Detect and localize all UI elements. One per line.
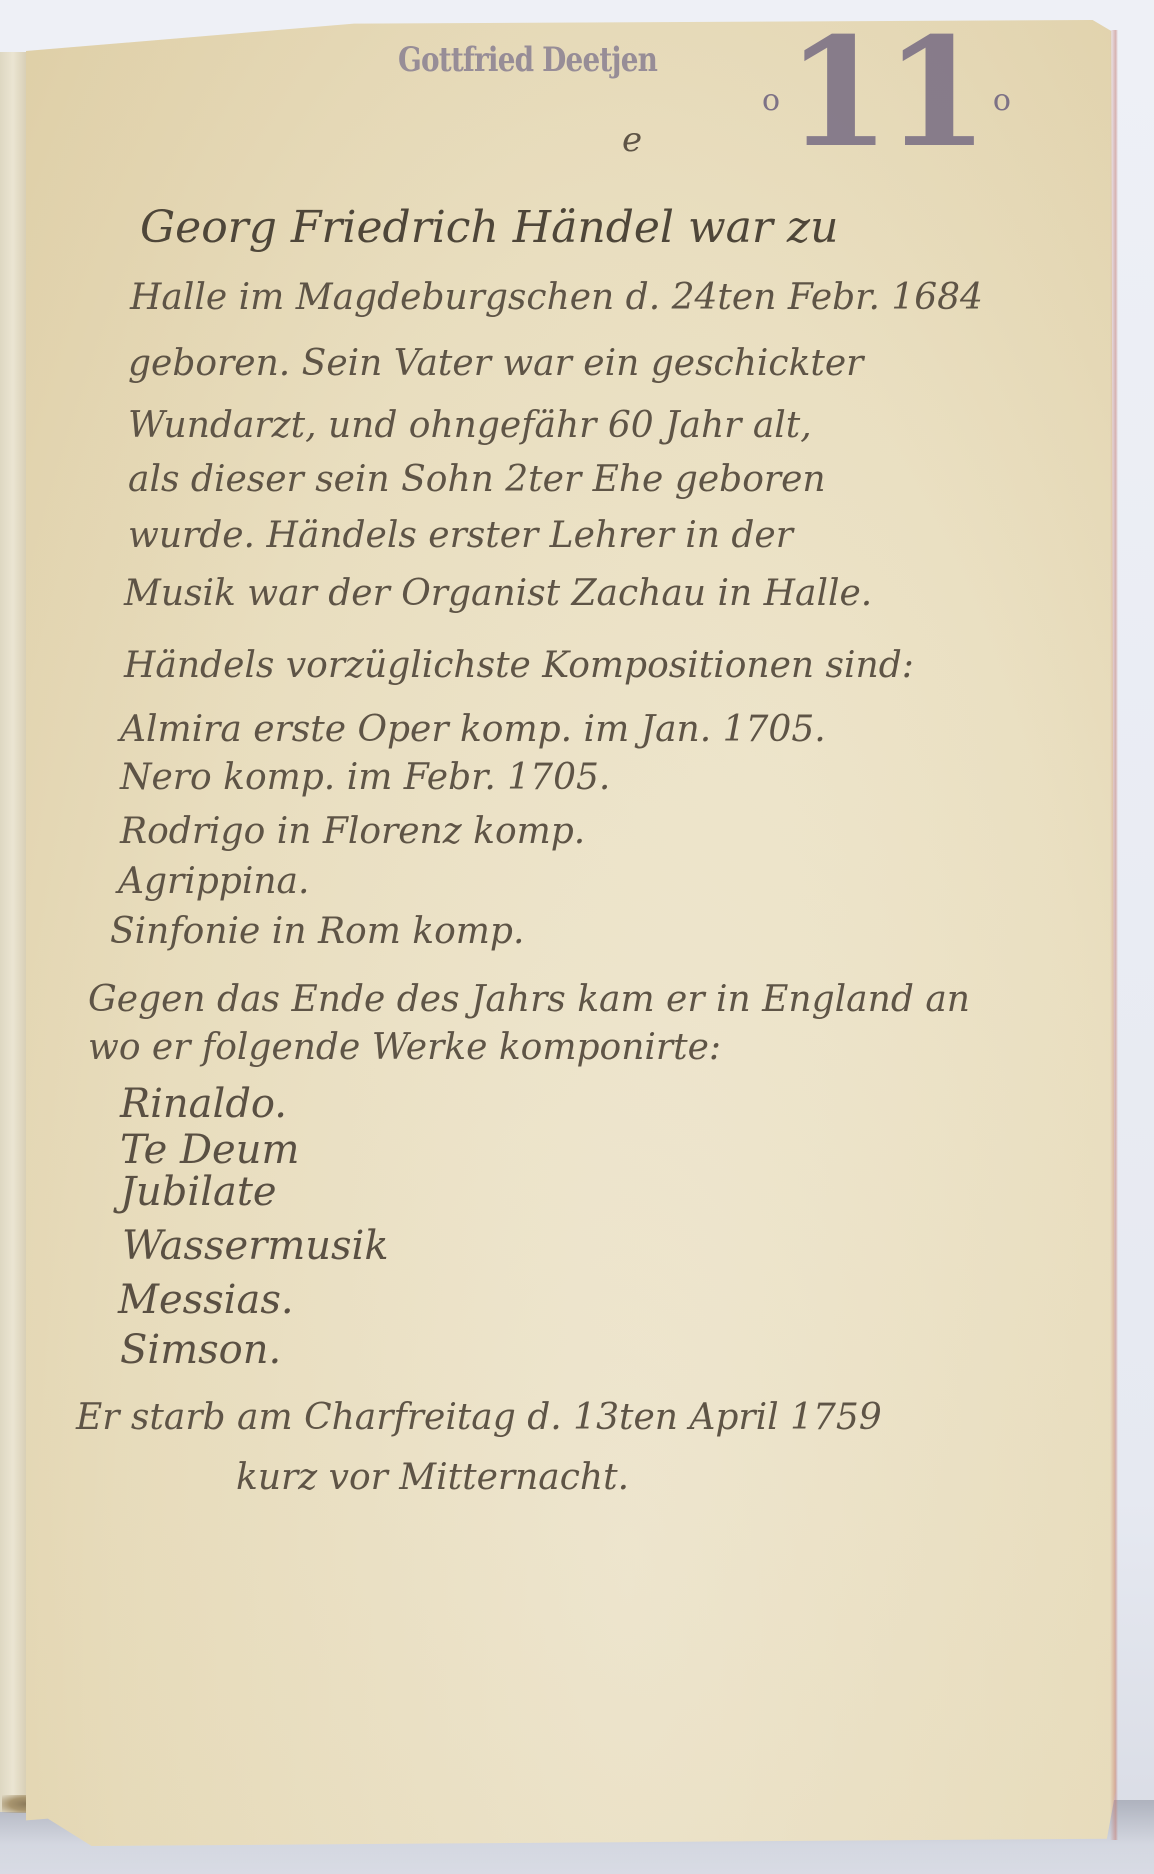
text-line: Agrippina. (118, 864, 309, 900)
text-line: Musik war der Organist Zachau in Halle. (124, 576, 872, 612)
text-line: Almira erste Oper komp. im Jan. 1705. (120, 712, 826, 748)
text-line: Halle im Magdeburgschen d. 24ten Febr. 1… (130, 280, 983, 316)
page-number-stamp: o 11 o (762, 28, 1011, 158)
work-title: Messias. (118, 1280, 294, 1320)
insert-mark: e (622, 120, 642, 160)
text-line: Sinfonie in Rom komp. (110, 914, 524, 950)
work-title: Simson. (120, 1330, 281, 1370)
work-title: Rinaldo. (120, 1084, 287, 1124)
work-title: Te Deum (120, 1130, 299, 1170)
book-spine-leaf (0, 52, 28, 1812)
text-line: Gegen das Ende des Jahrs kam er in Engla… (88, 982, 970, 1018)
text-line: Rodrigo in Florenz komp. (120, 814, 585, 850)
text-line: Georg Friedrich Händel war zu (140, 206, 838, 250)
text-line: wurde. Händels erster Lehrer in der (128, 518, 793, 554)
text-line: wo er folgende Werke komponirte: (88, 1030, 721, 1066)
stamp-number-digits: 11 (786, 18, 983, 168)
work-title: Jubilate (120, 1172, 277, 1212)
text-line: als dieser sein Sohn 2ter Ehe geboren (128, 462, 826, 498)
text-line: kurz vor Mitternacht. (236, 1460, 629, 1496)
page-red-edge (1110, 30, 1118, 1840)
stamp-ring-right: o (993, 83, 1011, 118)
text-line: geboren. Sein Vater war ein geschickter (128, 346, 863, 382)
text-line: Wundarzt, und ohngefähr 60 Jahr alt, (128, 408, 812, 444)
owner-stamp: Gottfried Deetjen (398, 40, 657, 80)
text-line: Nero komp. im Febr. 1705. (120, 760, 610, 796)
stamp-ring-left: o (762, 83, 780, 118)
text-line: Er starb am Charfreitag d. 13ten April 1… (76, 1400, 882, 1436)
text-line: Händels vorzüglichste Kompositionen sind… (124, 648, 914, 684)
work-title: Wassermusik (122, 1226, 389, 1266)
